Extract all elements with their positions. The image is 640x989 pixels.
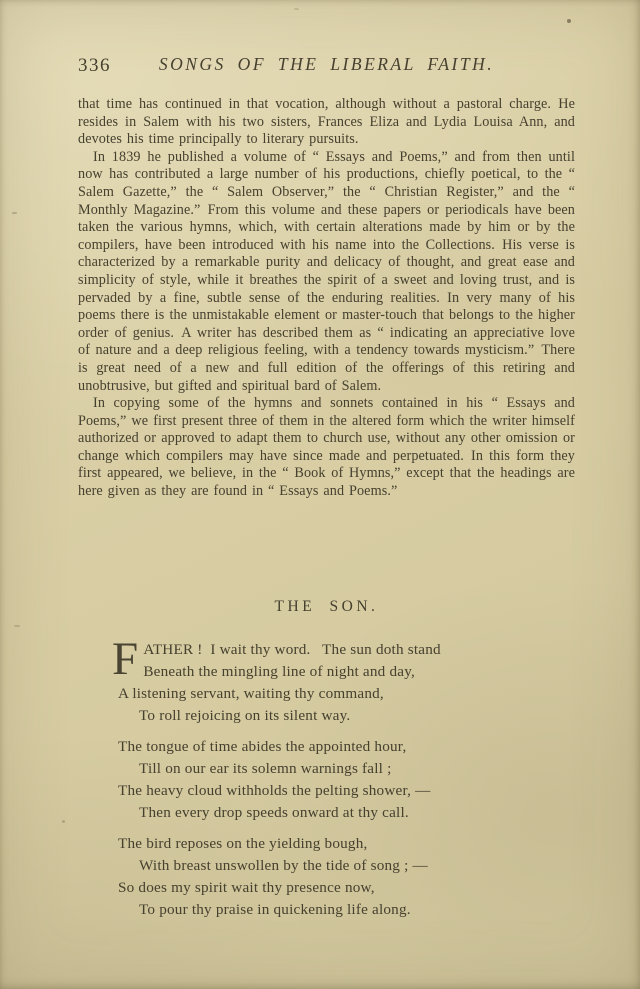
- poem-line: Beneath the mingling line of night and d…: [118, 661, 586, 683]
- page-number: 336: [78, 55, 111, 77]
- drop-cap: F: [112, 639, 143, 682]
- poem-line: With breast unswollen by the tide of son…: [118, 855, 586, 877]
- paragraph-editorial-note: In copying some of the hymns and sonnets…: [78, 395, 575, 501]
- poem: F ATHER ! I wait thy word. The sun doth …: [118, 639, 586, 930]
- poem-line: So does my spirit wait thy presence now,: [118, 877, 586, 899]
- poem-line: The heavy cloud withholds the pelting sh…: [118, 780, 586, 802]
- poem-line: Then every drop speeds onward at thy cal…: [118, 802, 586, 824]
- paper-speck: [294, 8, 299, 10]
- paper-speck: [567, 19, 571, 23]
- poem-line: The tongue of time abides the appointed …: [118, 736, 586, 758]
- running-header-title: SONGS OF THE LIBERAL FAITH.: [78, 54, 575, 75]
- poem-line: The bird reposes on the yielding bough,: [118, 833, 586, 855]
- paper-speck: [14, 625, 20, 627]
- poem-line: To roll rejoicing on its silent way.: [118, 705, 586, 727]
- paragraph-biography: In 1839 he published a volume of “ Essay…: [78, 149, 575, 395]
- poem-stanza-2: The tongue of time abides the appointed …: [118, 736, 586, 824]
- poem-title: THE SON.: [78, 598, 575, 616]
- poem-line: ATHER ! I wait thy word. The sun doth st…: [118, 639, 586, 661]
- paper-speck: [12, 212, 17, 214]
- poem-line: Till on our ear its solemn warnings fall…: [118, 758, 586, 780]
- poem-line: To pour thy praise in quickening life al…: [118, 899, 586, 921]
- poem-stanza-3: The bird reposes on the yielding bough, …: [118, 833, 586, 921]
- running-header: 336 SONGS OF THE LIBERAL FAITH.: [78, 54, 575, 78]
- poem-stanza-1: F ATHER ! I wait thy word. The sun doth …: [118, 639, 586, 727]
- paper-speck: [62, 820, 65, 823]
- body-text: that time has continued in that vocation…: [78, 96, 575, 501]
- poem-line: A listening servant, waiting thy command…: [118, 683, 586, 705]
- paragraph-continuation: that time has continued in that vocation…: [78, 96, 575, 149]
- book-page: 336 SONGS OF THE LIBERAL FAITH. that tim…: [0, 0, 640, 989]
